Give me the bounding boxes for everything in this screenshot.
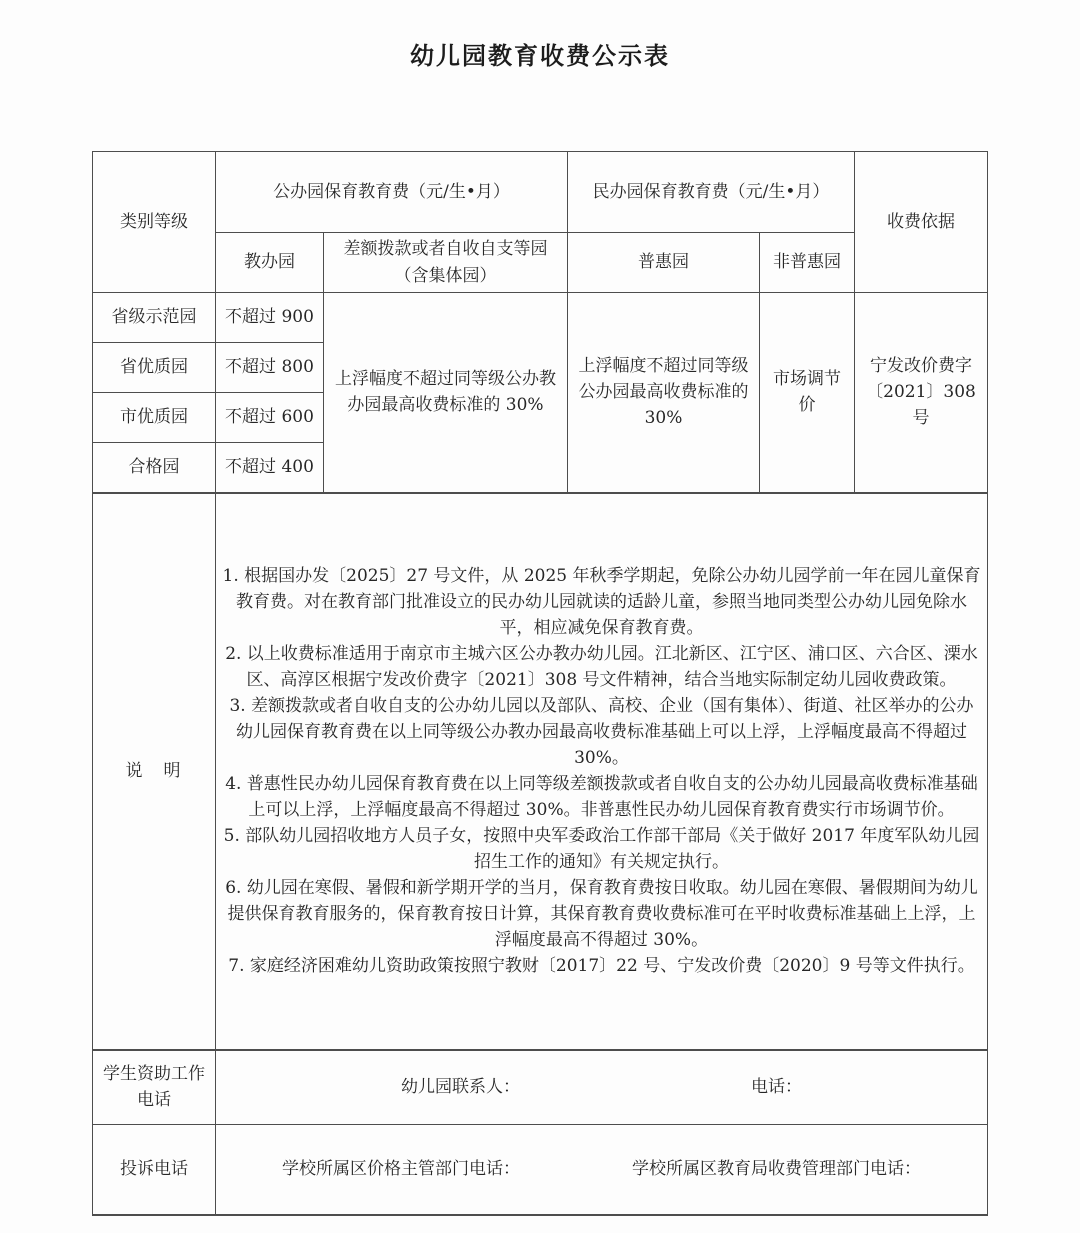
note-item-1: 1. 根据国办发〔2025〕27 号文件，从 2025 年秋季学期起，免除公办幼… [222,563,981,641]
header-non-inclusive-garden: 非普惠园 [760,233,855,293]
page-title: 幼儿园教育收费公示表 [0,36,1080,71]
notes-row: 说 明 1. 根据国办发〔2025〕27 号文件，从 2025 年秋季学期起，免… [92,493,987,1050]
complaint-phone-label: 投诉电话 [92,1125,215,1215]
level-fee: 不超过 600 [215,393,323,443]
level-name: 省优质园 [92,343,215,393]
student-aid-phone-content: 幼儿园联系人：电话： [215,1050,987,1125]
table-header-row-2: 教办园 差额拨款或者自收自支等园（含集体园） 普惠园 非普惠园 [92,233,987,293]
note-item-3: 3. 差额拨款或者自收自支的公办幼儿园以及部队、高校、企业（国有集体）、街道、社… [222,693,981,771]
complaint-phone-row: 投诉电话 学校所属区价格主管部门电话：学校所属区教育局收费管理部门电话： [92,1125,987,1215]
level-name: 合格园 [92,443,215,493]
header-inclusive-garden: 普惠园 [568,233,760,293]
note-item-4: 4. 普惠性民办幼儿园保育教育费在以上同等级差额拨款或者自收自支的公办幼儿园最高… [222,771,981,823]
private-inclusive-policy-cell: 上浮幅度不超过同等级公办园最高收费标准的 30% [568,293,760,493]
level-name: 市优质园 [92,393,215,443]
header-differential-funding-garden: 差额拨款或者自收自支等园（含集体园） [323,233,567,293]
price-dept-phone-label: 学校所属区价格主管部门电话： [282,1156,632,1182]
note-item-7: 7. 家庭经济困难幼儿资助政策按照宁教财〔2017〕22 号、宁发改价费〔202… [222,953,981,979]
kindergarten-contact-label: 幼儿园联系人： [401,1074,751,1100]
student-aid-phone-label: 学生资助工作电话 [92,1050,215,1125]
student-aid-phone-row: 学生资助工作电话 幼儿园联系人：电话： [92,1050,987,1125]
fee-basis-value-cell: 宁发改价费字〔2021〕308 号 [855,293,988,493]
phone-label: 电话： [751,1077,802,1097]
document-page: 幼儿园教育收费公示表 类别等级 公办园保育教育费（元/生•月） 民办园保育教育费… [0,36,1080,1216]
level-fee: 不超过 400 [215,443,323,493]
notes-label: 说 明 [92,493,215,1050]
note-item-5: 5. 部队幼儿园招收地方人员子女，按照中央军委政治工作部干部局《关于做好 201… [222,823,981,875]
edu-dept-phone-label: 学校所属区教育局收费管理部门电话： [632,1159,921,1179]
table-header-row-1: 类别等级 公办园保育教育费（元/生•月） 民办园保育教育费（元/生•月） 收费依… [92,152,987,233]
level-fee: 不超过 900 [215,293,323,343]
level-fee: 不超过 800 [215,343,323,393]
fee-table: 类别等级 公办园保育教育费（元/生•月） 民办园保育教育费（元/生•月） 收费依… [92,151,988,1216]
header-fee-basis: 收费依据 [855,152,988,293]
private-non-inclusive-policy-cell: 市场调节价 [760,293,855,493]
header-public-fee-group: 公办园保育教育费（元/生•月） [215,152,567,233]
header-category: 类别等级 [92,152,215,293]
level-name: 省级示范园 [92,293,215,343]
note-item-6: 6. 幼儿园在寒假、暑假和新学期开学的当月，保育教育费按日收取。幼儿园在寒假、暑… [222,875,981,953]
complaint-phone-content: 学校所属区价格主管部门电话：学校所属区教育局收费管理部门电话： [215,1125,987,1215]
header-public-run-garden: 教办园 [215,233,323,293]
notes-content: 1. 根据国办发〔2025〕27 号文件，从 2025 年秋季学期起，免除公办幼… [215,493,987,1050]
table-row: 省级示范园 不超过 900 上浮幅度不超过同等级公办教办园最高收费标准的 30%… [92,293,987,343]
public-other-policy-cell: 上浮幅度不超过同等级公办教办园最高收费标准的 30% [323,293,567,493]
note-item-2: 2. 以上收费标准适用于南京市主城六区公办教办幼儿园。江北新区、江宁区、浦口区、… [222,641,981,693]
header-private-fee-group: 民办园保育教育费（元/生•月） [568,152,855,233]
